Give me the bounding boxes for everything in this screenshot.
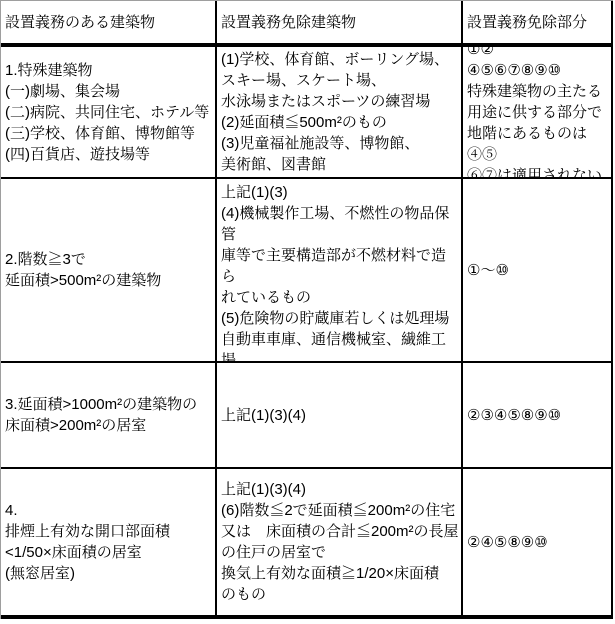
cell-row1-required-building: 1.特殊建築物 (一)劇場、集会場 (二)病院、共同住宅、ホテル等 (三)学校、…: [1, 47, 217, 179]
cell-row3-exempt-building: 上記(1)(3)(4): [217, 363, 463, 469]
cell-row2-exempt-parts: ①～⑩: [463, 179, 613, 363]
cell-row4-required-building: 4. 排煙上有効な開口部面積 <1/50×床面積の居室 (無窓居室): [1, 469, 217, 619]
column-header-exempt-parts: 設置義務免除部分: [463, 1, 613, 47]
cell-row1-exempt-parts: ①② ④⑤⑥⑦⑧⑨⑩ 特殊建築物の主たる 用途に供する部分で 地階にあるものは④…: [463, 47, 613, 179]
cell-row4-exempt-parts: ②④⑤⑧⑨⑩: [463, 469, 613, 619]
column-header-required-buildings: 設置義務のある建築物: [1, 1, 217, 47]
cell-row2-required-building: 2.階数≧3で 延面積>500m²の建築物: [1, 179, 217, 363]
cell-row2-exempt-building: 上記(1)(3) (4)機械製作工場、不燃性の物品保管 庫等で主要構造部が不燃材…: [217, 179, 463, 363]
cell-row3-exempt-parts: ②③④⑤⑧⑨⑩: [463, 363, 613, 469]
cell-row3-required-building: 3.延面積>1000m²の建築物の 床面積>200m²の居室: [1, 363, 217, 469]
cell-row4-exempt-building: 上記(1)(3)(4) (6)階数≦2で延面積≦200m²の住宅 又は 床面積の…: [217, 469, 463, 619]
cell-row1-exempt-building: (1)学校、体育館、ボーリング場、 スキー場、スケート場、 水泳場またはスポーツ…: [217, 47, 463, 179]
smoke-exhaust-obligation-table: 設置義務のある建築物 設置義務免除建築物 設置義務免除部分 1.特殊建築物 (一…: [0, 0, 613, 619]
column-header-exempt-buildings: 設置義務免除建築物: [217, 1, 463, 47]
